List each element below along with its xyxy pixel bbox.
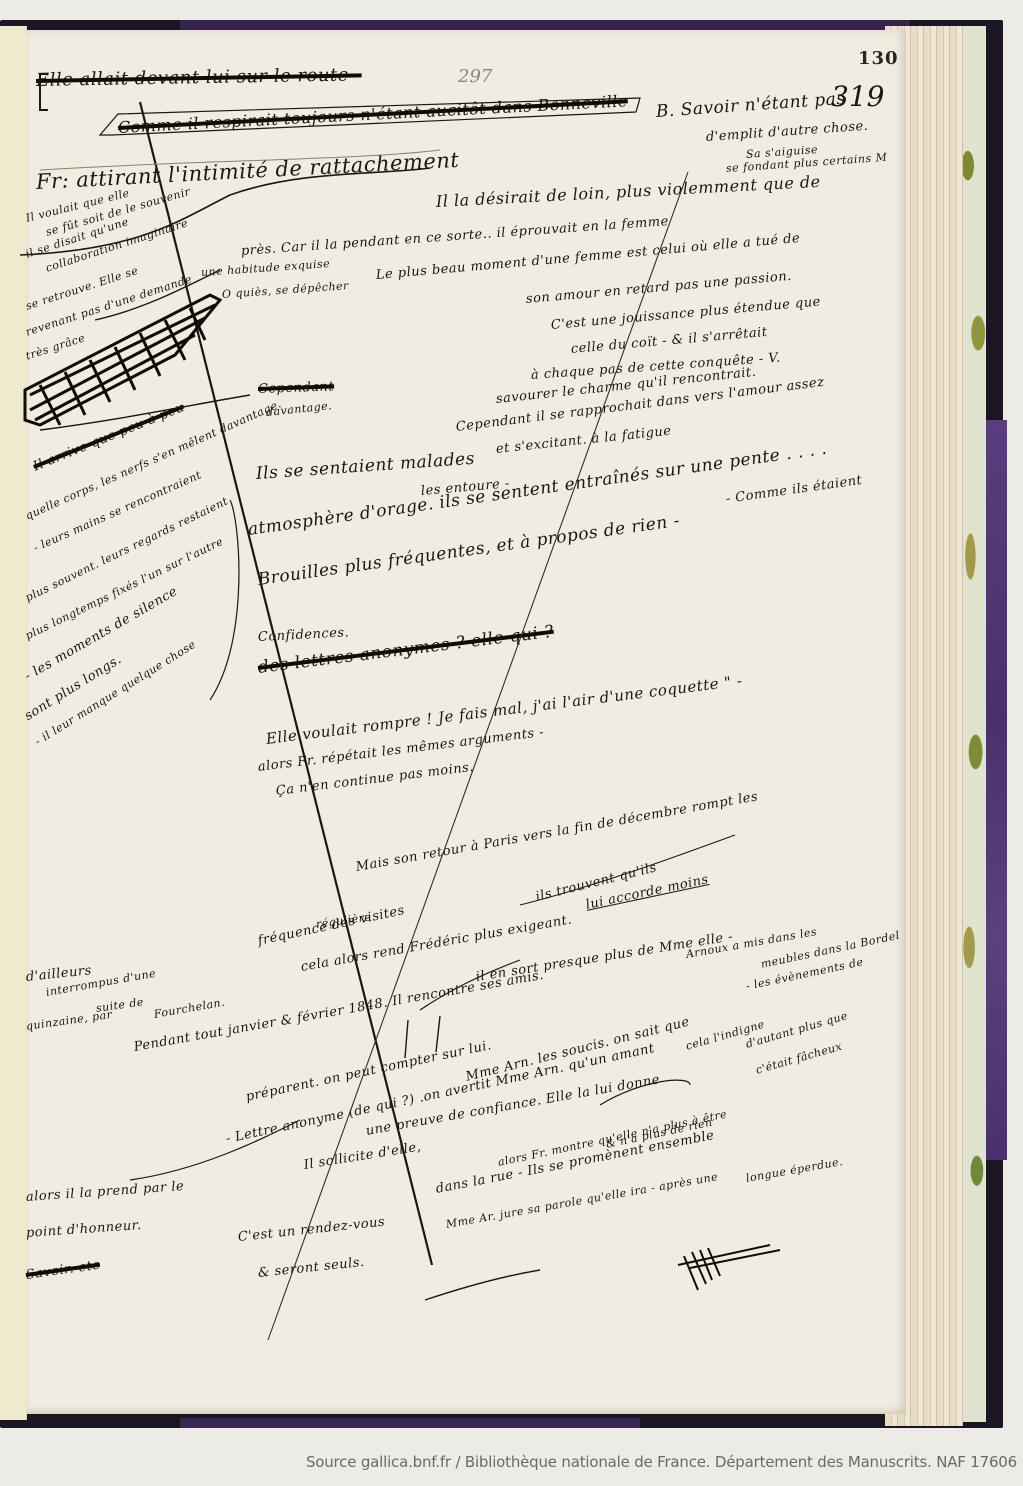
manuscript-line: C'est un rendez-vous xyxy=(237,1215,386,1245)
folio-stamp-number: 130 xyxy=(858,48,899,69)
margin-line: une habitude exquise xyxy=(201,257,331,279)
source-attribution: Source gallica.bnf.fr / Bibliothèque nat… xyxy=(306,1453,1017,1471)
manuscript-line: Comme il respirait toujours n'étant auci… xyxy=(118,91,629,137)
marbled-endpaper xyxy=(960,26,986,1422)
manuscript-line: c'était fâcheux xyxy=(754,1040,843,1077)
manuscript-line: B. Savoir n'étant pas xyxy=(655,89,846,122)
manuscript-line: & seront seuls. xyxy=(257,1255,365,1281)
margin-line: suite de xyxy=(95,995,145,1015)
page-image-viewer: 297 130 319 Elle allait devant lui sur l… xyxy=(0,0,1023,1440)
manuscript-line: longue éperdue. xyxy=(745,1155,844,1185)
manuscript-line: Ils se sentaient malades xyxy=(255,449,475,484)
left-page-edge xyxy=(0,26,27,1420)
manuscript-line: Fr: attirant l'intimité de rattachement xyxy=(35,148,459,194)
manuscript-page: 297 130 319 Elle allait devant lui sur l… xyxy=(26,30,906,1414)
margin-line: O quiès, se dépêcher xyxy=(222,279,350,301)
manuscript-line: celle du coït - & il s'arrêtait xyxy=(570,325,768,357)
margin-line: Il arrive que peu à peu xyxy=(31,400,187,475)
manuscript-line: Il sollicite d'elle, xyxy=(303,1140,423,1173)
manuscript-line: d'emplit d'autre chose. xyxy=(705,119,868,145)
manuscript-line: et s'excitant. à la fatigue xyxy=(495,424,672,457)
margin-line: Savoir. etc xyxy=(25,1258,101,1283)
margin-line: Fourchelan. xyxy=(153,996,226,1021)
margin-line: point d'honneur. xyxy=(25,1218,142,1241)
manuscript-line: - Comme ils étaient xyxy=(725,473,863,507)
pencil-page-number: 297 xyxy=(458,66,492,87)
manuscript-line: Mais son retour à Paris vers la fin de d… xyxy=(355,789,760,875)
binding-purple-bottom xyxy=(180,1418,640,1428)
margin-line: alors il la prend par le xyxy=(25,1179,184,1205)
manuscript-line: Il la désirait de loin, plus violemment … xyxy=(436,172,822,211)
margin-line: Cependant xyxy=(258,379,335,397)
manuscript-line: fréquence des visites xyxy=(256,903,406,949)
binding-purple-right xyxy=(985,420,1007,1160)
manuscript-line: Confidences. xyxy=(258,625,350,645)
manuscript-line: Elle allait devant lui sur le route - xyxy=(36,64,362,91)
